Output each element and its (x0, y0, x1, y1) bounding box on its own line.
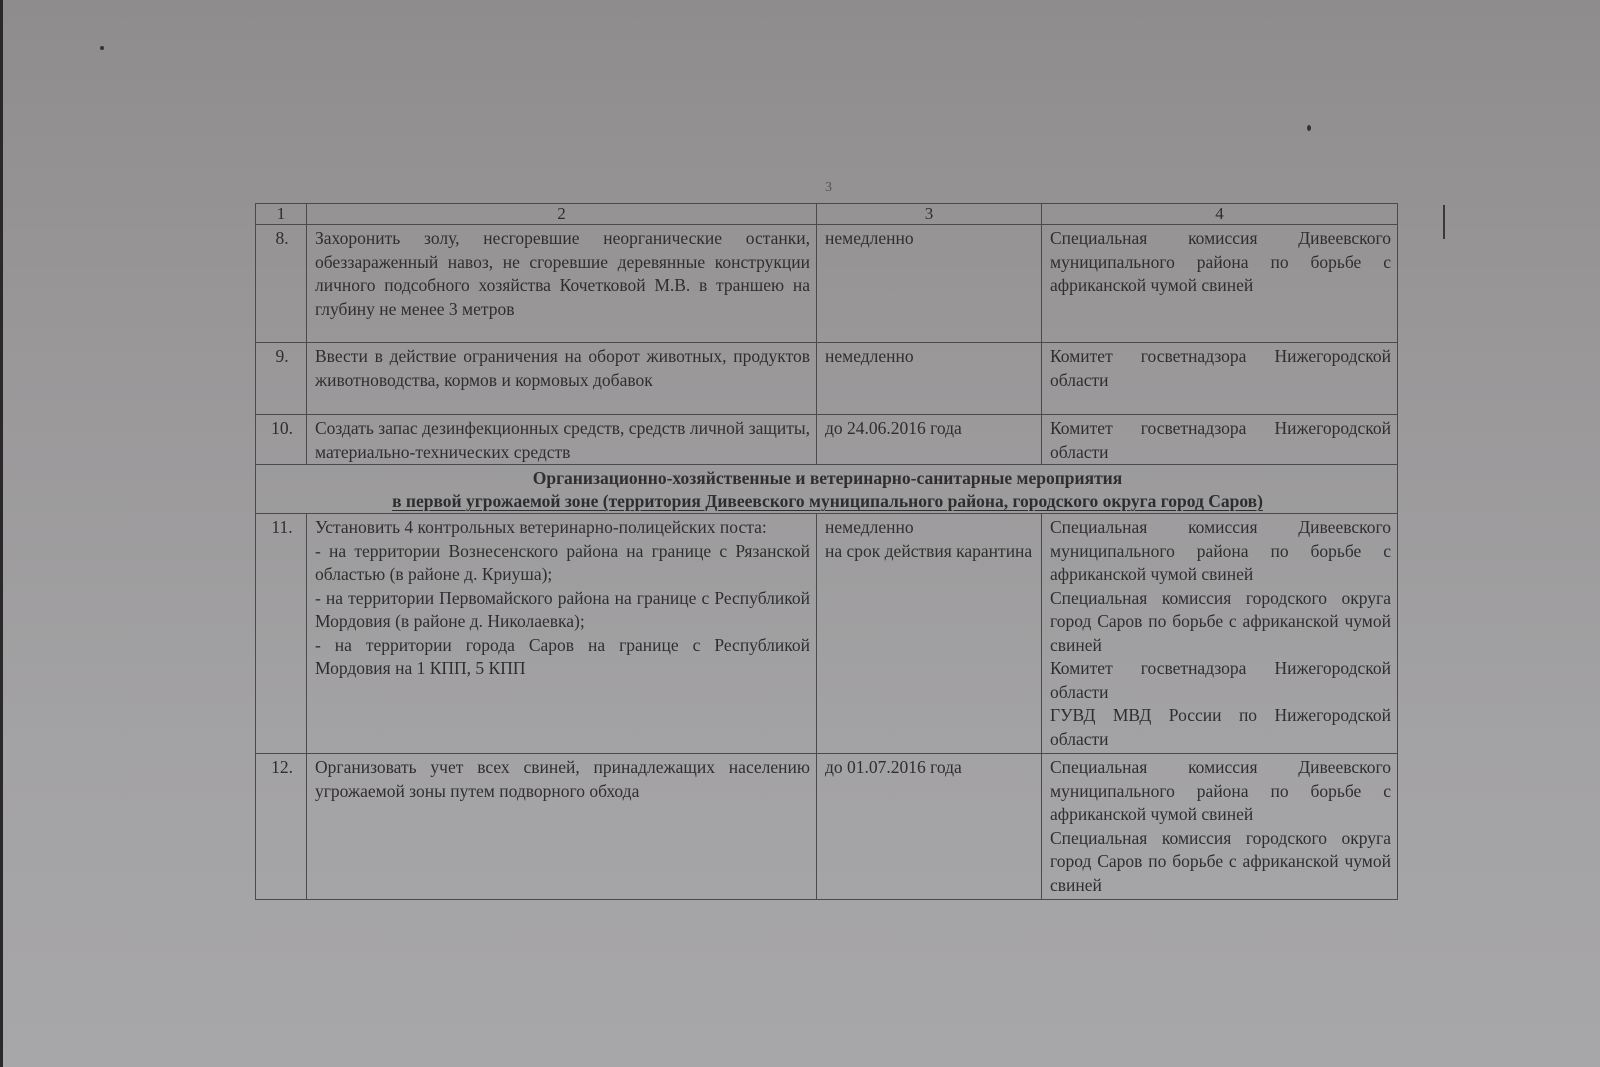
action-line: - на территории Вознесенского района на … (315, 540, 810, 587)
responsible-line: Комитет госветнадзора Нижегородской обла… (1050, 657, 1391, 704)
responsible-line: Специальная комиссия городского округа г… (1050, 587, 1391, 658)
table-row: 12. Организовать учет всех свиней, прина… (256, 754, 1398, 900)
row-number: 9. (256, 343, 307, 415)
term-line: немедленно (825, 516, 1035, 540)
row-number: 10. (256, 415, 307, 465)
table-row: 11. Установить 4 контрольных ветеринарно… (256, 514, 1398, 754)
column-header: 4 (1042, 204, 1398, 225)
row-number: 11. (256, 514, 307, 754)
action-cell: Установить 4 контрольных ветеринарно-пол… (307, 514, 817, 754)
responsible-cell: Комитет госветнадзора Нижегородской обла… (1042, 415, 1398, 465)
page-number: 3 (825, 180, 832, 196)
paper-speck (1307, 125, 1311, 131)
responsible-line: Специальная комиссия городского округа г… (1050, 827, 1391, 898)
term-cell: немедленно (817, 343, 1042, 415)
action-line: - на территории города Саров на границе … (315, 634, 810, 681)
measures-table: 1 2 3 4 8. Захоронить золу, несгоревшие … (255, 203, 1398, 900)
section-heading: Организационно-хозяйственные и ветеринар… (256, 465, 1398, 514)
action-cell: Организовать учет всех свиней, принадлеж… (307, 754, 817, 900)
term-cell: до 01.07.2016 года (817, 754, 1042, 900)
row-number: 12. (256, 754, 307, 900)
responsible-cell: Специальная комиссия Дивеевского муницип… (1042, 514, 1398, 754)
responsible-line: Специальная комиссия Дивеевского муницип… (1050, 756, 1391, 827)
table-header-row: 1 2 3 4 (256, 204, 1398, 225)
section-subtitle: в первой угрожаемой зоне (территория Див… (264, 490, 1391, 513)
column-header: 3 (817, 204, 1042, 225)
table-row: 9. Ввести в действие ограничения на обор… (256, 343, 1398, 415)
action-cell: Захоронить золу, несгоревшие неорганичес… (307, 225, 817, 343)
responsible-line: ГУВД МВД России по Нижегородской области (1050, 704, 1391, 751)
responsible-line: Специальная комиссия Дивеевского муницип… (1050, 516, 1391, 587)
section-title: Организационно-хозяйственные и ветеринар… (264, 467, 1391, 490)
action-line: Установить 4 контрольных ветеринарно-пол… (315, 516, 810, 540)
term-cell: немедленно (817, 225, 1042, 343)
action-line: - на территории Первомайского района на … (315, 587, 810, 634)
paper-speck (100, 46, 104, 50)
table-row: 10. Создать запас дезинфекционных средст… (256, 415, 1398, 465)
column-header: 2 (307, 204, 817, 225)
action-cell: Ввести в действие ограничения на оборот … (307, 343, 817, 415)
responsible-cell: Специальная комиссия Дивеевского муницип… (1042, 225, 1398, 343)
page-edge (0, 0, 3, 1067)
section-row: Организационно-хозяйственные и ветеринар… (256, 465, 1398, 514)
term-line: на срок действия карантина (825, 540, 1035, 564)
responsible-cell: Специальная комиссия Дивеевского муницип… (1042, 754, 1398, 900)
table-row: 8. Захоронить золу, несгоревшие неоргани… (256, 225, 1398, 343)
column-header: 1 (256, 204, 307, 225)
term-cell: до 24.06.2016 года (817, 415, 1042, 465)
action-cell: Создать запас дезинфекционных средств, с… (307, 415, 817, 465)
term-cell: немедленно на срок действия карантина (817, 514, 1042, 754)
scan-mark (1443, 205, 1445, 239)
responsible-cell: Комитет госветнадзора Нижегородской обла… (1042, 343, 1398, 415)
row-number: 8. (256, 225, 307, 343)
